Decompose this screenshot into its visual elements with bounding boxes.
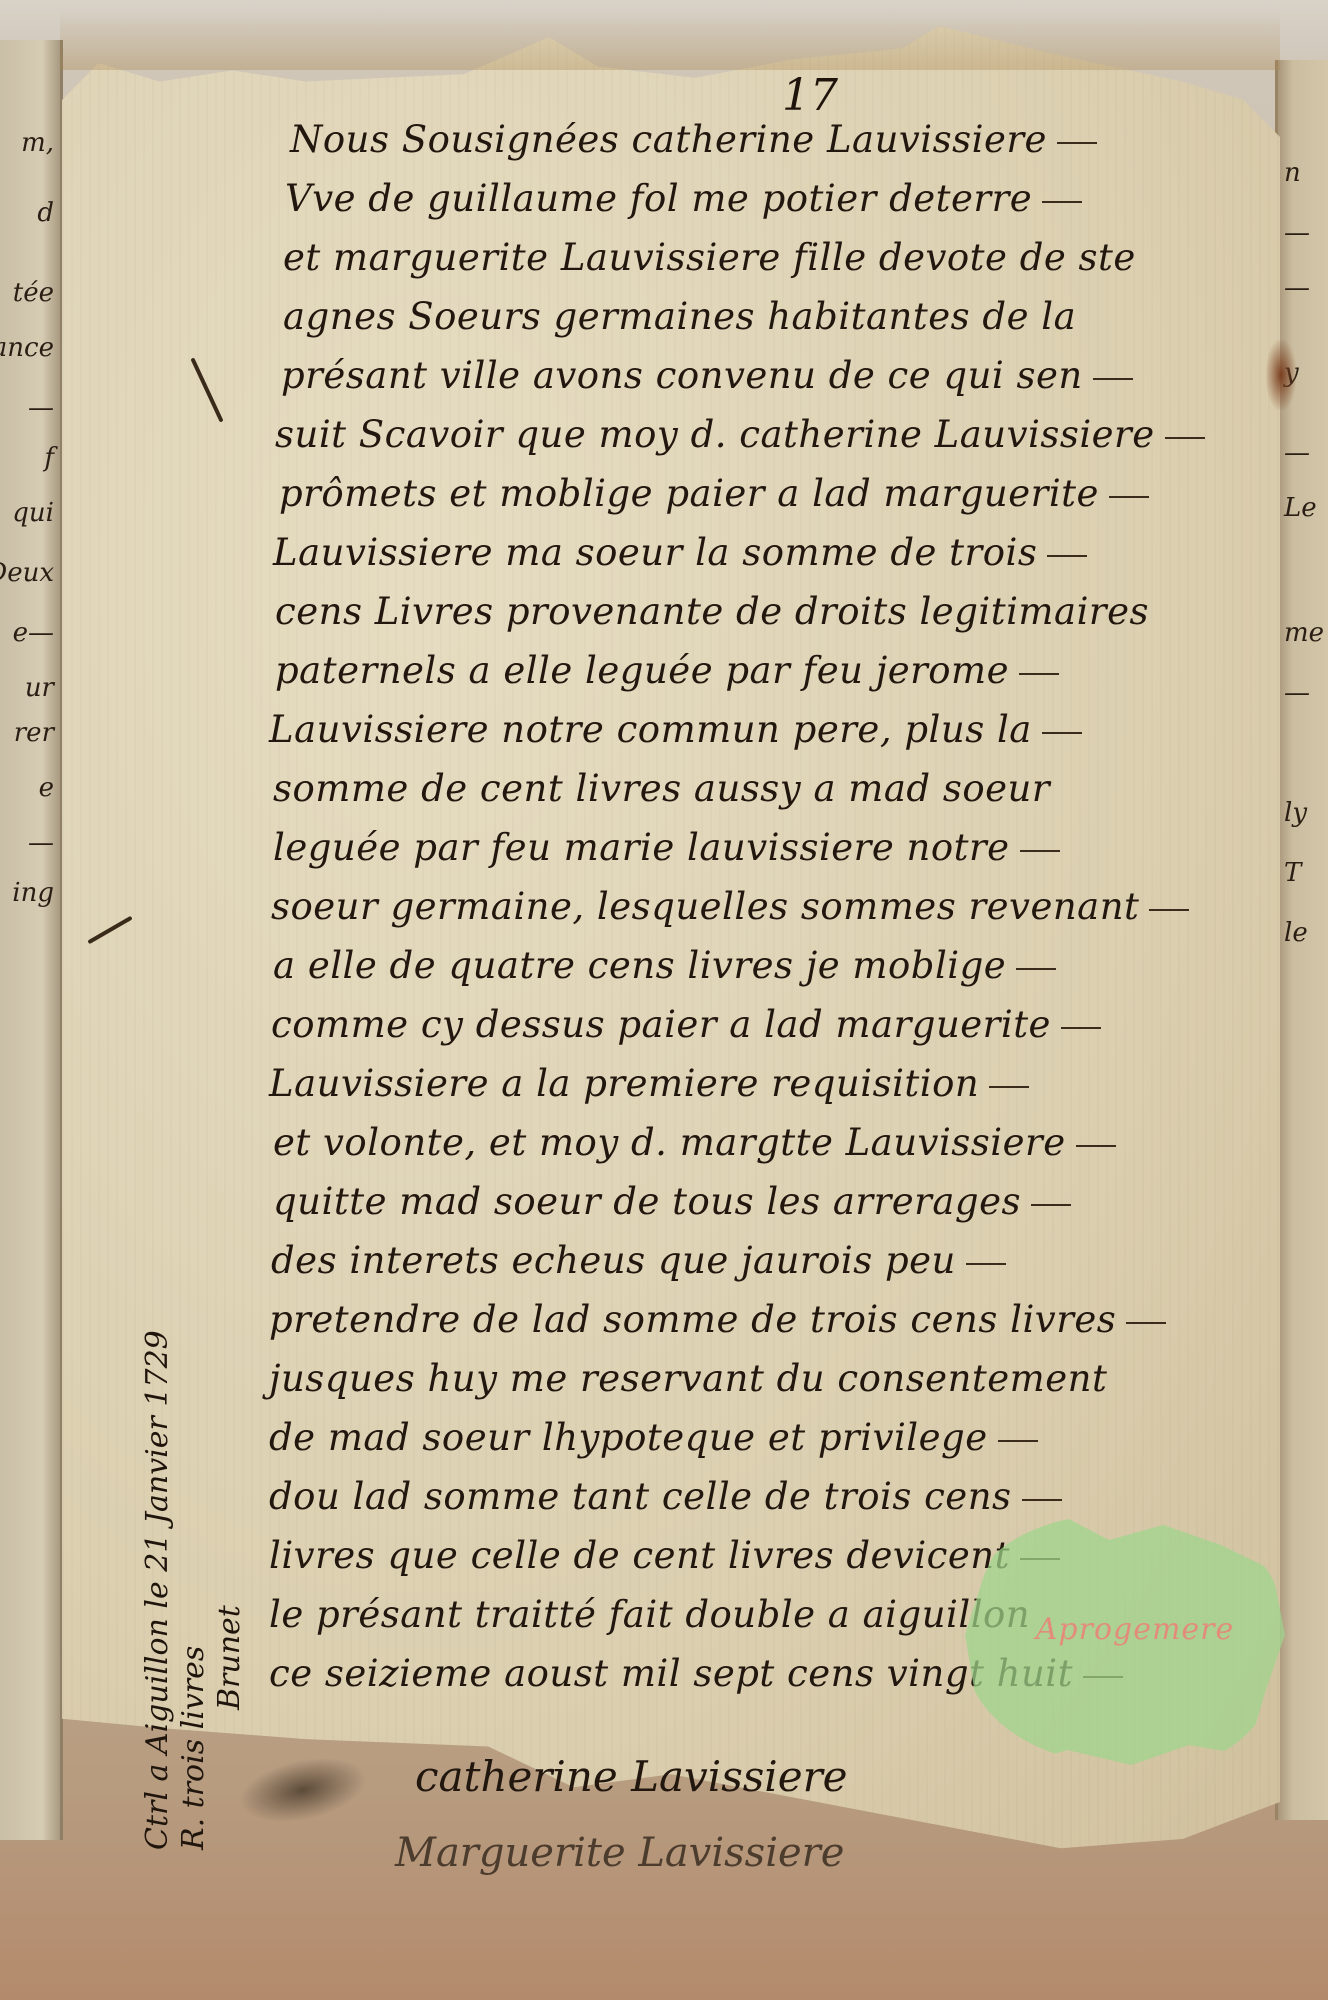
- text-line: cens Livres provenante de droits legitim…: [275, 582, 1328, 641]
- text-line: Lauvissiere a la premiere requisition: [269, 1054, 1328, 1113]
- line-filler-dash: [1016, 968, 1056, 970]
- left-page-fragment: qui: [12, 500, 54, 526]
- margin-note-line: Ctrl a Aiguillon le 21 Janvier 1729: [140, 1330, 176, 1850]
- margin-note-signature: Brunet: [212, 1330, 248, 1850]
- line-filler-dash: [1047, 555, 1087, 557]
- text-line: paternels a elle leguée par feu jerome: [275, 641, 1328, 700]
- text-line: pretendre de lad somme de trois cens liv…: [269, 1290, 1328, 1349]
- line-filler-dash: [1061, 1027, 1101, 1029]
- line-filler-dash: [966, 1263, 1006, 1265]
- text-line: et marguerite Lauvissiere fille devote d…: [283, 228, 1328, 287]
- left-page-fragment: d: [37, 200, 54, 226]
- text-line: dou lad somme tant celle de trois cens: [269, 1467, 1328, 1526]
- line-filler-dash: [989, 1086, 1029, 1088]
- adjacent-left-page: m, d tée ance — f qui Deux e— ur rer e —…: [0, 40, 63, 1840]
- text-line: Lauvissiere ma soeur la somme de trois: [273, 523, 1328, 582]
- text-line: somme de cent livres aussy a mad soeur: [273, 759, 1328, 818]
- line-filler-dash: [1126, 1322, 1166, 1324]
- text-line: suit Scavoir que moy d. catherine Lauvis…: [275, 405, 1328, 464]
- line-filler-dash: [1022, 1499, 1062, 1501]
- line-filler-dash: [1031, 1204, 1071, 1206]
- left-page-fragment: ur: [25, 675, 54, 701]
- line-filler-dash: [1042, 732, 1082, 734]
- text-line: Nous Sousignées catherine Lauvissiere: [290, 110, 1328, 169]
- line-filler-dash: [1042, 201, 1082, 203]
- text-line: soeur germaine, lesquelles sommes revena…: [271, 877, 1328, 936]
- line-filler-dash: [1057, 142, 1097, 144]
- margin-note-line: R. trois livres: [176, 1330, 212, 1850]
- line-filler-dash: [1093, 378, 1133, 380]
- left-page-fragment: —: [28, 395, 54, 421]
- text-line: Vve de guillaume fol me potier deterre: [285, 169, 1328, 228]
- text-line: quitte mad soeur de tous les arrerages: [273, 1172, 1328, 1231]
- left-page-fragment: ing: [12, 880, 54, 906]
- signature-catherine: catherine Lavissiere: [415, 1752, 848, 1801]
- line-filler-dash: [1076, 1145, 1116, 1147]
- line-filler-dash: [1165, 437, 1205, 439]
- text-line: Lauvissiere notre commun pere, plus la: [269, 700, 1328, 759]
- line-filler-dash: [1019, 673, 1059, 675]
- text-line: agnes Soeurs germaines habitantes de la: [283, 287, 1328, 346]
- line-filler-dash: [998, 1440, 1038, 1442]
- signature-marguerite: Marguerite Lavissiere: [395, 1830, 844, 1876]
- line-filler-dash: [1149, 909, 1189, 911]
- left-page-fragment: e: [39, 775, 54, 801]
- left-page-fragment: ance: [0, 335, 54, 361]
- line-filler-dash: [1020, 850, 1060, 852]
- left-page-fragment: —: [28, 830, 54, 856]
- text-line: comme cy dessus paier a lad marguerite: [271, 995, 1328, 1054]
- text-line: jusques huy me reservant du consentement: [269, 1349, 1328, 1408]
- text-line: prômets et moblige paier a lad marguerit…: [279, 464, 1328, 523]
- text-line: leguée par feu marie lauvissiere notre: [273, 818, 1328, 877]
- left-page-fragment: m,: [21, 130, 54, 156]
- text-line: des interets echeus que jaurois peu: [271, 1231, 1328, 1290]
- text-line: et volonte, et moy d. margtte Lauvissier…: [273, 1113, 1328, 1172]
- text-line: présant ville avons convenu de ce qui se…: [281, 346, 1328, 405]
- line-filler-dash: [1109, 496, 1149, 498]
- margin-registration-note: Ctrl a Aiguillon le 21 Janvier 1729 R. t…: [140, 1330, 248, 1850]
- text-line: de mad soeur lhypoteque et privilege: [269, 1408, 1328, 1467]
- left-page-fragment: tée: [13, 280, 54, 306]
- left-page-fragment: f: [44, 445, 54, 471]
- left-page-fragment: Deux: [0, 560, 54, 586]
- text-line: a elle de quatre cens livres je moblige: [273, 936, 1328, 995]
- manuscript-body: Nous Sousignées catherine Lauvissiere Vv…: [195, 110, 1275, 1703]
- left-page-fragment: rer: [14, 720, 54, 746]
- watermark-text: Aprogemere: [985, 1612, 1285, 1647]
- left-page-fragment: e—: [13, 620, 54, 646]
